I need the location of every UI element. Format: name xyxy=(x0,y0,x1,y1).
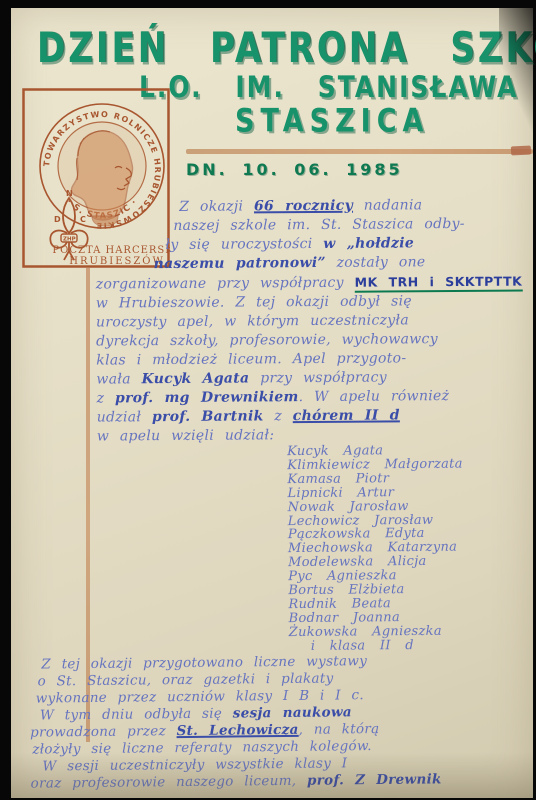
page-title: DZIEŃ PATRONA SZKOŁY xyxy=(37,24,531,73)
text-segment: nadania xyxy=(353,197,422,213)
date-label: DN. 10. 06. 1985 xyxy=(186,160,403,179)
text-segment: . W apelu również xyxy=(299,388,450,405)
text-segment: prowadzona przez xyxy=(30,723,177,741)
text-segment: Z tej okazji przygotowano liczne wystawy xyxy=(41,653,367,672)
text-segment: klas i młodzież liceum. Apel przygoto- xyxy=(96,350,406,368)
scout-letter-c: C xyxy=(80,215,86,224)
school-name-line2: STASZICA xyxy=(235,103,429,140)
text-segment: dyrekcja szkoły, profesorowie, wychowawc… xyxy=(96,331,438,349)
text-segment: zostały one xyxy=(326,254,426,271)
text-segment: chórem II d xyxy=(293,407,400,424)
text-segment: prof. mg Drewnikiem xyxy=(115,389,299,406)
text-segment: zorganizowane przy współpracy xyxy=(96,275,355,293)
text-segment: prof. Bartnik xyxy=(152,408,264,425)
text-segment: Z okazji xyxy=(179,198,254,215)
chronicle-page: DZIEŃ PATRONA SZKOŁY L.O. IM. STANISŁAWA… xyxy=(11,8,533,798)
text-segment: 66 rocznicy xyxy=(254,198,353,215)
scout-banner-zhp: ZHP xyxy=(63,237,76,243)
text-segment: i klasa II d xyxy=(311,638,414,654)
text-segment: prof. Z Drewnik xyxy=(307,771,442,788)
text-segment: oraz profesorowie naszego liceum, xyxy=(31,773,307,792)
text-segment: ły się uroczystości xyxy=(165,236,323,253)
paragraph-sesja-naukowa: Z tej okazji przygotowano liczne wystawy… xyxy=(29,651,535,792)
photo-of-chronicle-page: { "header": { "title_line1": "DZIEŃ PATR… xyxy=(0,0,536,800)
text-segment: o St. Staszicu, oraz gazetki i plakaty xyxy=(37,670,333,689)
scout-letter-n: N xyxy=(66,189,73,198)
text-segment: z xyxy=(264,408,293,424)
text-segment: przy współpracy xyxy=(249,370,387,387)
text-segment: sesja naukowa xyxy=(233,704,352,721)
text-segment: St. Lechowicza xyxy=(176,722,298,739)
handwritten-line: zorganizowane przy współpracy MK TRH i S… xyxy=(96,271,536,294)
text-segment: Kucyk Agata xyxy=(142,370,250,387)
text-segment: MK TRH i SKKTPTTK xyxy=(355,274,523,293)
text-segment: wała xyxy=(96,371,141,387)
scout-letter-d: D xyxy=(54,215,61,224)
text-segment: uroczysty apel, w którym uczestniczyła xyxy=(96,312,409,330)
text-segment: w apelu wzięli udział: xyxy=(97,427,275,444)
text-segment: W sesji uczestniczyły wszystkie klasy I xyxy=(42,755,347,774)
paragraph-apel: Z okazji 66 rocznicy nadanianaszej szkol… xyxy=(95,195,536,446)
text-segment: naszej szkole im. St. Staszica odby- xyxy=(173,216,465,234)
rule-end-mark xyxy=(511,145,531,155)
horizontal-rule xyxy=(186,149,533,154)
text-segment: , na którą xyxy=(299,721,380,738)
school-name-line1: L.O. IM. STANISŁAWA xyxy=(139,70,519,104)
participants-list: Kucyk AgataKlimkiewicz MałgorzataKamasa … xyxy=(287,443,536,654)
text-segment: w Hrubieszowie. Z tej okazji odbył się xyxy=(96,293,412,311)
text-segment: udział xyxy=(97,409,152,425)
text-segment: W tym dniu odbyła się xyxy=(40,706,233,724)
text-segment: w „hołdzie xyxy=(323,235,414,252)
text-segment: naszemu patronowi” xyxy=(154,255,326,272)
text-segment: z xyxy=(96,390,115,406)
